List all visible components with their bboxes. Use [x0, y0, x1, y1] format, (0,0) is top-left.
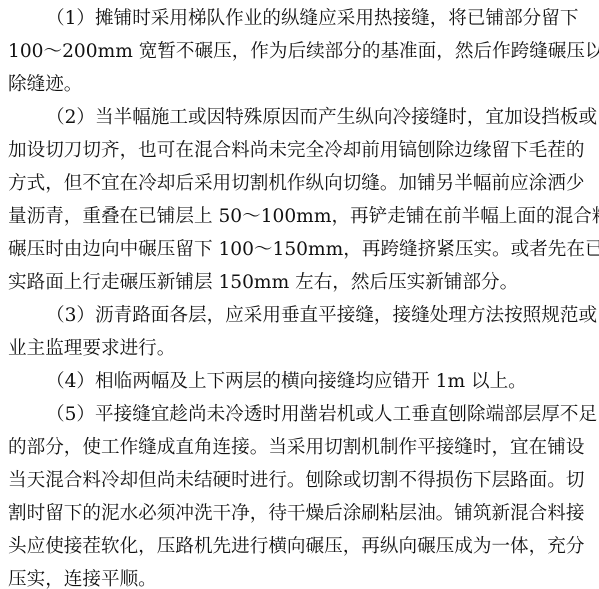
paragraph-line: （2）当半幅施工或因特殊原因而产生纵向冷接缝时，宜加设挡板或 — [46, 101, 597, 134]
paragraph-line: 方式，但不宜在冷却后采用切割机作纵向切缝。加铺另半幅前应涂洒少 — [8, 167, 584, 200]
paragraph-line: （4）相临两幅及上下两层的横向接缝均应错开 1m 以上。 — [46, 365, 527, 398]
paragraph-line: 100～200mm 宽暂不碾压，作为后续部分的基准面，然后作跨缝碾压以消 — [8, 35, 599, 68]
paragraph-line: （1）摊铺时采用梯队作业的纵缝应采用热接缝，将已铺部分留下 — [46, 2, 578, 35]
paragraph-line: 的部分，使工作缝成直角连接。当采用切割机制作平接缝时，宜在铺设 — [8, 431, 584, 464]
paragraph-line: 量沥青，重叠在已铺层上 50～100mm，再铲走铺在前半幅上面的混合料， — [8, 200, 599, 233]
paragraph-line: （3）沥青路面各层，应采用垂直平接缝，接缝处理方法按照规范或 — [46, 299, 597, 332]
paragraph-line: 碾压时由边向中碾压留下 100～150mm，再跨缝挤紧压实。或者先在已压 — [8, 233, 599, 266]
paragraph-line: 加设切刀切齐，也可在混合料尚未完全冷却前用镐刨除边缘留下毛茬的 — [8, 134, 584, 167]
paragraph-line: 压实，连接平顺。 — [8, 563, 157, 589]
paragraph-line: （5）平接缝宜趁尚未冷透时用凿岩机或人工垂直刨除端部层厚不足 — [46, 398, 597, 431]
paragraph-line: 割时留下的泥水必须冲洗干净，待干燥后涂刷粘层油。铺筑新混合料接 — [8, 497, 584, 530]
paragraph-line: 除缝迹。 — [8, 68, 82, 101]
paragraph-line: 当天混合料冷却但尚未结硬时进行。刨除或切割不得损伤下层路面。切 — [8, 464, 584, 497]
paragraph-line: 实路面上行走碾压新铺层 150mm 左右，然后压实新铺部分。 — [8, 266, 518, 299]
paragraph-line: 头应使接茬软化，压路机先进行横向碾压，再纵向碾压成为一体，充分 — [8, 530, 584, 563]
paragraph-line: 业主监理要求进行。 — [8, 332, 175, 365]
